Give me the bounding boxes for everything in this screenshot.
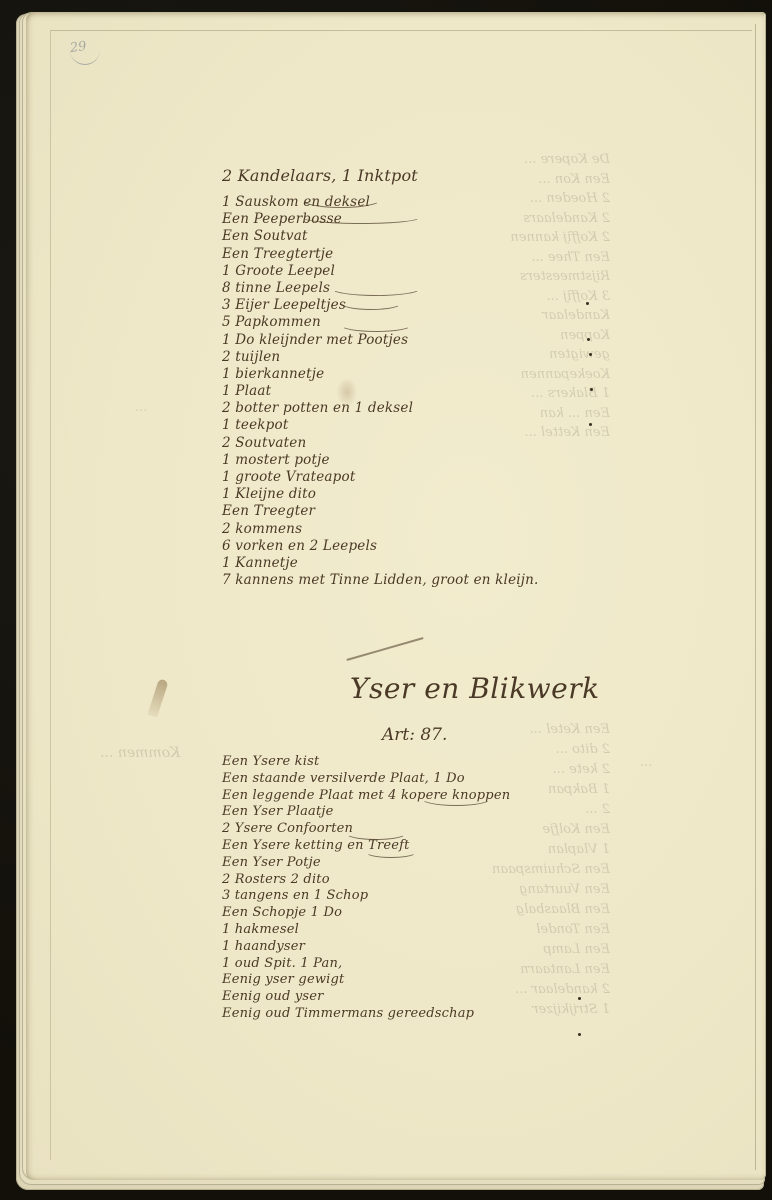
flourish-stroke [330, 280, 422, 296]
pencil-underline [70, 50, 100, 65]
list-item: 2 Rosters 2 dito [222, 872, 510, 889]
list-item: 2 tuijlen [222, 349, 539, 366]
list-item: 1 mostert potje [222, 452, 539, 469]
section-heading: Yser en Blikwerk [350, 672, 600, 705]
article-number: Art: 87. [382, 725, 447, 745]
list-item: Eenig oud Timmermans gereedschap [222, 1006, 510, 1023]
list-item: 1 Groote Leepel [222, 263, 539, 280]
list-item: Een Schopje 1 Do [222, 905, 510, 922]
ink-speck [578, 1033, 581, 1036]
list-item: Eenig yser gewigt [222, 972, 510, 989]
list-item: Een Treegtertje [222, 246, 539, 263]
list-item: Een Soutvat [222, 228, 539, 245]
list-item: 1 haandyser [222, 939, 510, 956]
bleed-through-mid: ... [135, 400, 147, 415]
list-item: 1 Plaat [222, 383, 539, 400]
list-item: 3 tangens en 1 Schop [222, 888, 510, 905]
ink-speck [589, 353, 592, 356]
list-item: Een Treegter [222, 503, 539, 520]
list-item: 1 groote Vrateapot [222, 469, 539, 486]
list-item: 1 hakmesel [222, 922, 510, 939]
list-item: 1 teekpot [222, 417, 539, 434]
flourish-stroke [345, 826, 407, 840]
flourish-stroke [420, 790, 492, 806]
flourish-stroke [300, 190, 382, 208]
list-item: 6 vorken en 2 Leepels [222, 538, 539, 555]
paper-stain [147, 678, 168, 717]
ink-speck [578, 997, 581, 1000]
list-item: 1 bierkannetje [222, 366, 539, 383]
flourish-stroke [340, 318, 412, 332]
ink-speck [586, 302, 589, 305]
list-item: Een Ysere kist [222, 754, 510, 771]
bleed-through-right: ... [640, 755, 652, 770]
list-item: 2 botter potten en 1 deksel [222, 400, 539, 417]
list-item: Een Yser Potje [222, 855, 510, 872]
flourish-stroke [340, 296, 402, 310]
list-item: 1 oud Spit. 1 Pan, [222, 956, 510, 973]
ink-speck [590, 388, 593, 391]
ink-speck [587, 338, 590, 341]
list-item: 2 Soutvaten [222, 435, 539, 452]
list-item: Een Yser Plaatje [222, 804, 510, 821]
list-item: 1 Kleijne dito [222, 486, 539, 503]
list-item: 1 Do kleijnder met Pootjes [222, 332, 539, 349]
ink-speck [589, 423, 592, 426]
list-item: 7 kannens met Tinne Lidden, groot en kle… [222, 572, 539, 589]
list-item: Een staande versilverde Plaat, 1 Do [222, 771, 510, 788]
bleed-through-left: Kommen ... [100, 745, 180, 761]
flourish-stroke [365, 846, 417, 858]
list-item: Eenig oud yser [222, 989, 510, 1006]
list-item: 2 kommens [222, 521, 539, 538]
flourish-stroke [300, 210, 422, 224]
page-right-edge [755, 24, 756, 1170]
upper-inventory-list: 2 Kandelaars, 1 Inktpot 1 Sauskom en dek… [222, 166, 539, 589]
list-item: 1 Kannetje [222, 555, 539, 572]
